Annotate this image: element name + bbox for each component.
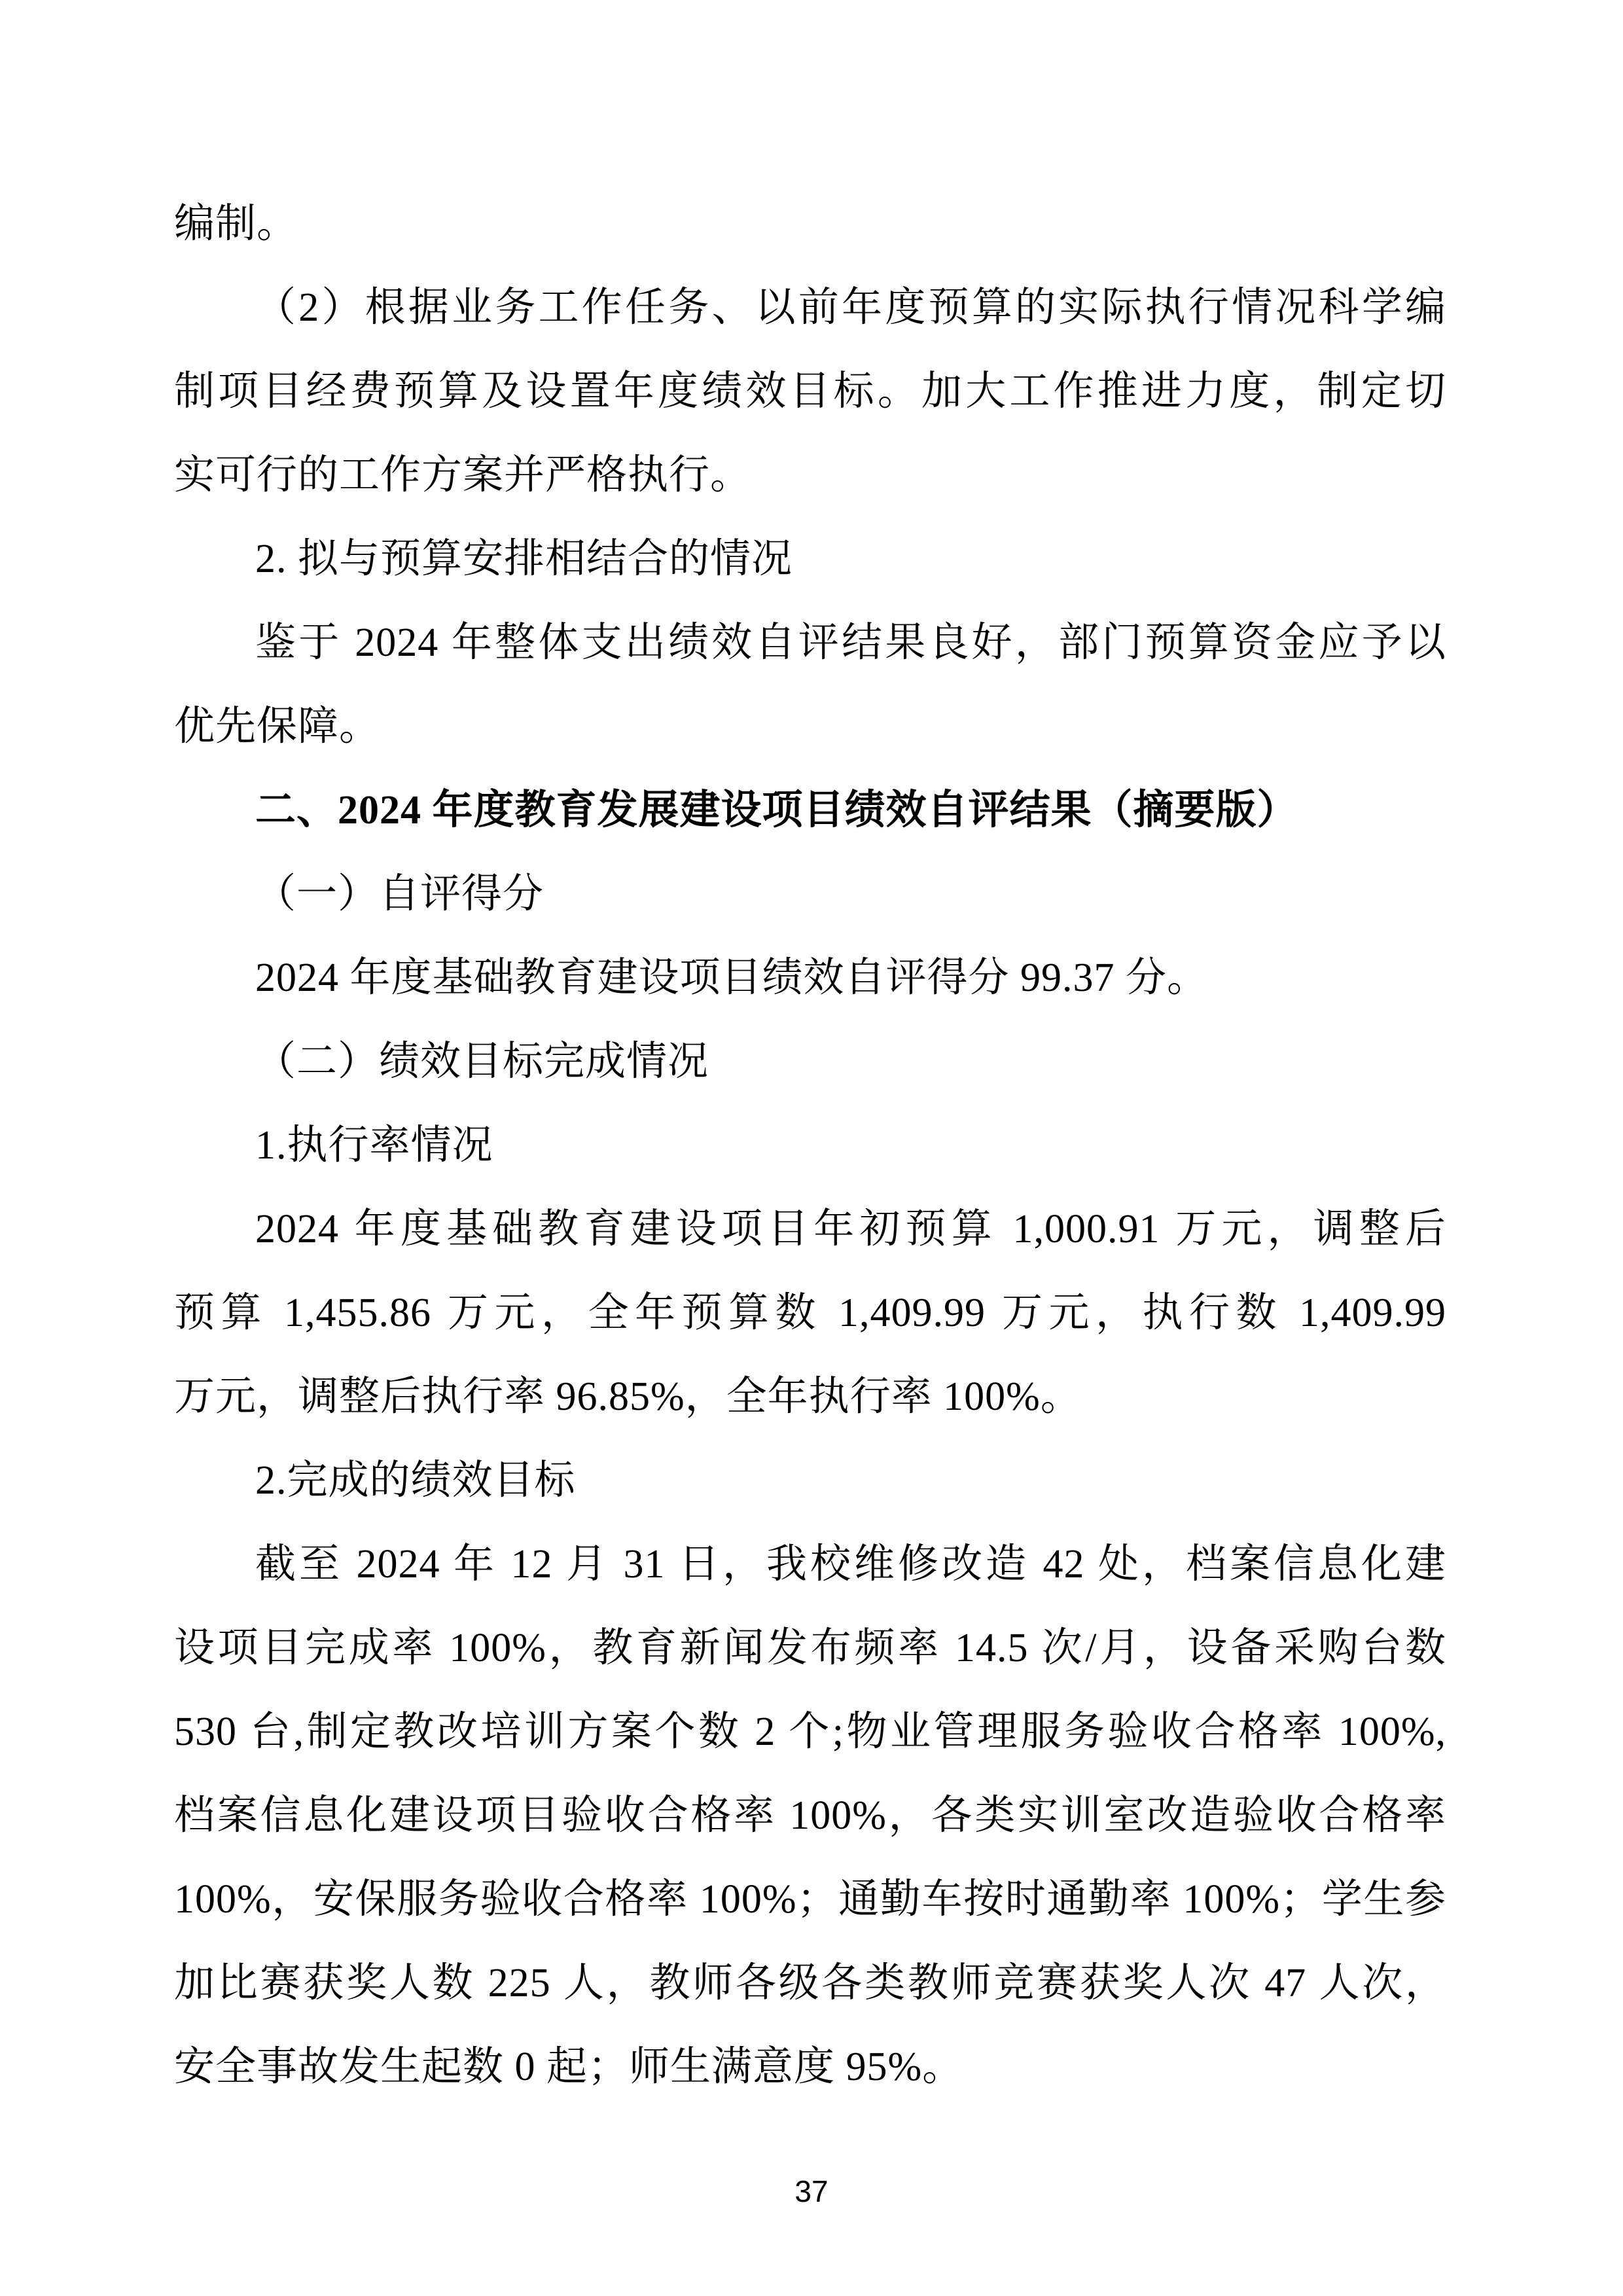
document-line: 制项目经费预算及设置年度绩效目标。加大工作推进力度，制定切 bbox=[174, 350, 1446, 433]
page-footer: 37 bbox=[0, 2172, 1623, 2211]
document-line: 万元，调整后执行率 96.85%，全年执行率 100%。 bbox=[174, 1355, 1446, 1439]
document-line: 优先保障。 bbox=[174, 685, 1446, 768]
document-line: 截至 2024 年 12 月 31 日，我校维修改造 42 处，档案信息化建 bbox=[174, 1522, 1446, 1606]
document-line: 1.执行率情况 bbox=[174, 1103, 1446, 1187]
document-line: 二、2024 年度教育发展建设项目绩效自评结果（摘要版） bbox=[174, 768, 1446, 852]
document-line: 530 台,制定教改培训方案个数 2 个;物业管理服务验收合格率 100%, bbox=[174, 1690, 1446, 1774]
document-line: 安全事故发生起数 0 起；师生满意度 95%。 bbox=[174, 2025, 1446, 2109]
document-line: 档案信息化建设项目验收合格率 100%，各类实训室改造验收合格率 bbox=[174, 1774, 1446, 1857]
document-line: 100%，安保服务验收合格率 100%；通勤车按时通勤率 100%；学生参 bbox=[174, 1857, 1446, 1941]
document-line: 2.完成的绩效目标 bbox=[174, 1439, 1446, 1522]
document-line: 2024 年度基础教育建设项目年初预算 1,000.91 万元，调整后 bbox=[174, 1187, 1446, 1271]
document-line: 预算 1,455.86 万元，全年预算数 1,409.99 万元，执行数 1,4… bbox=[174, 1271, 1446, 1355]
page-number: 37 bbox=[794, 2174, 828, 2208]
document-line: （一）自评得分 bbox=[174, 852, 1446, 936]
document-line: （二）绩效目标完成情况 bbox=[174, 1020, 1446, 1103]
document-line: 设项目完成率 100%，教育新闻发布频率 14.5 次/月，设备采购台数 bbox=[174, 1606, 1446, 1690]
document-line: 加比赛获奖人数 225 人，教师各级各类教师竞赛获奖人次 47 人次， bbox=[174, 1941, 1446, 2025]
document-line: 鉴于 2024 年整体支出绩效自评结果良好，部门预算资金应予以 bbox=[174, 601, 1446, 685]
document-line: 2024 年度基础教育建设项目绩效自评得分 99.37 分。 bbox=[174, 936, 1446, 1020]
document-line: 实可行的工作方案并严格执行。 bbox=[174, 433, 1446, 517]
document-body: 编制。（2）根据业务工作任务、以前年度预算的实际执行情况科学编制项目经费预算及设… bbox=[174, 182, 1446, 2109]
document-line: 2. 拟与预算安排相结合的情况 bbox=[174, 517, 1446, 601]
document-line: （2）根据业务工作任务、以前年度预算的实际执行情况科学编 bbox=[174, 266, 1446, 350]
document-line: 编制。 bbox=[174, 182, 1446, 266]
document-page: 编制。（2）根据业务工作任务、以前年度预算的实际执行情况科学编制项目经费预算及设… bbox=[0, 0, 1623, 2296]
